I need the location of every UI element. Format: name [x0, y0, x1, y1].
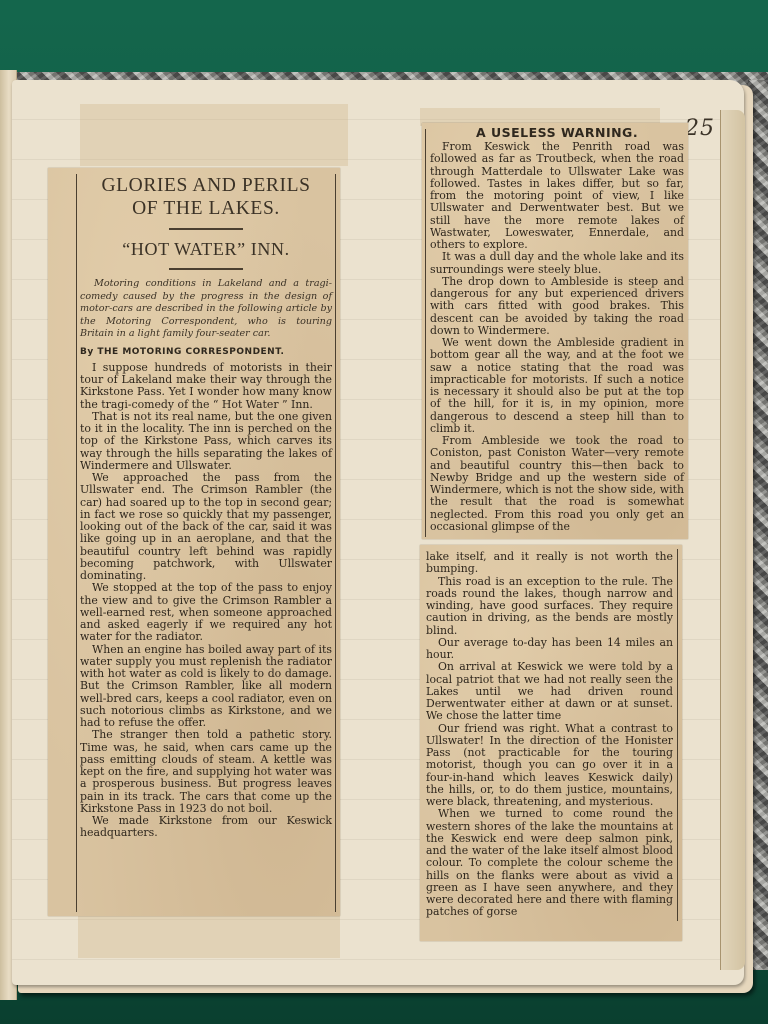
paragraph: I suppose hundreds of motorists in their… — [80, 362, 332, 411]
paragraph: That is not its real name, but the one g… — [80, 411, 332, 472]
divider — [169, 228, 243, 230]
section-heading: A USELESS WARNING. — [430, 125, 684, 140]
headline: GLORIES AND PERILS OF THE LAKES. — [80, 174, 332, 220]
byline: By THE MOTORING CORRESPONDENT. — [80, 347, 332, 357]
paragraph: From Keswick the Penrith road was follow… — [430, 141, 684, 251]
paragraph: The stranger then told a pathetic story.… — [80, 729, 332, 815]
newspaper-clipping-glories-and-perils: GLORIES AND PERILS OF THE LAKES. “HOT WA… — [48, 168, 340, 916]
paragraph: We approached the pass from the Ullswate… — [80, 472, 332, 582]
paragraph: The drop down to Ambleside is steep and … — [430, 276, 684, 337]
paragraph: When we turned to come round the western… — [426, 808, 673, 918]
page-edge-right — [720, 110, 745, 970]
divider — [169, 268, 243, 270]
column-rule — [677, 549, 678, 921]
paragraph: We made Kirkstone from our Keswick headq… — [80, 815, 332, 840]
column-rule — [425, 129, 426, 537]
article-body: I suppose hundreds of motorists in their… — [80, 362, 332, 840]
paragraph: We went down the Ambleside gradient in b… — [430, 337, 684, 435]
paragraph: This road is an exception to the rule. T… — [426, 576, 673, 637]
paragraph: Our friend was right. What a contrast to… — [426, 723, 673, 809]
newspaper-clipping-useless-warning: A USELESS WARNING. From Keswick the Penr… — [422, 123, 688, 539]
newspaper-clipping-continuation: lake itself, and it really is not worth … — [420, 545, 682, 941]
paragraph-continuation: lake itself, and it really is not worth … — [426, 551, 673, 576]
headline-line: GLORIES AND PERILS — [80, 174, 332, 197]
glue-stain — [80, 104, 348, 166]
paragraph: Our average to-day has been 14 miles an … — [426, 637, 673, 662]
standfirst: Motoring conditions in Lakeland and a tr… — [80, 278, 332, 341]
subheadline: “HOT WATER” INN. — [80, 238, 332, 260]
article-body: lake itself, and it really is not worth … — [426, 551, 673, 919]
paragraph: On arrival at Keswick we were told by a … — [426, 661, 673, 722]
glue-stain — [78, 912, 340, 958]
paragraph: From Ambleside we took the road to Conis… — [430, 435, 684, 533]
handwritten-page-number: 25 — [685, 116, 715, 141]
paragraph: When an engine has boiled away part of i… — [80, 644, 332, 730]
article-body: From Keswick the Penrith road was follow… — [430, 141, 684, 533]
column-rule — [76, 174, 77, 912]
column-rule — [335, 174, 336, 912]
paragraph: We stopped at the top of the pass to enj… — [80, 582, 332, 643]
headline-line: OF THE LAKES. — [80, 197, 332, 220]
paragraph: It was a dull day and the whole lake and… — [430, 251, 684, 276]
